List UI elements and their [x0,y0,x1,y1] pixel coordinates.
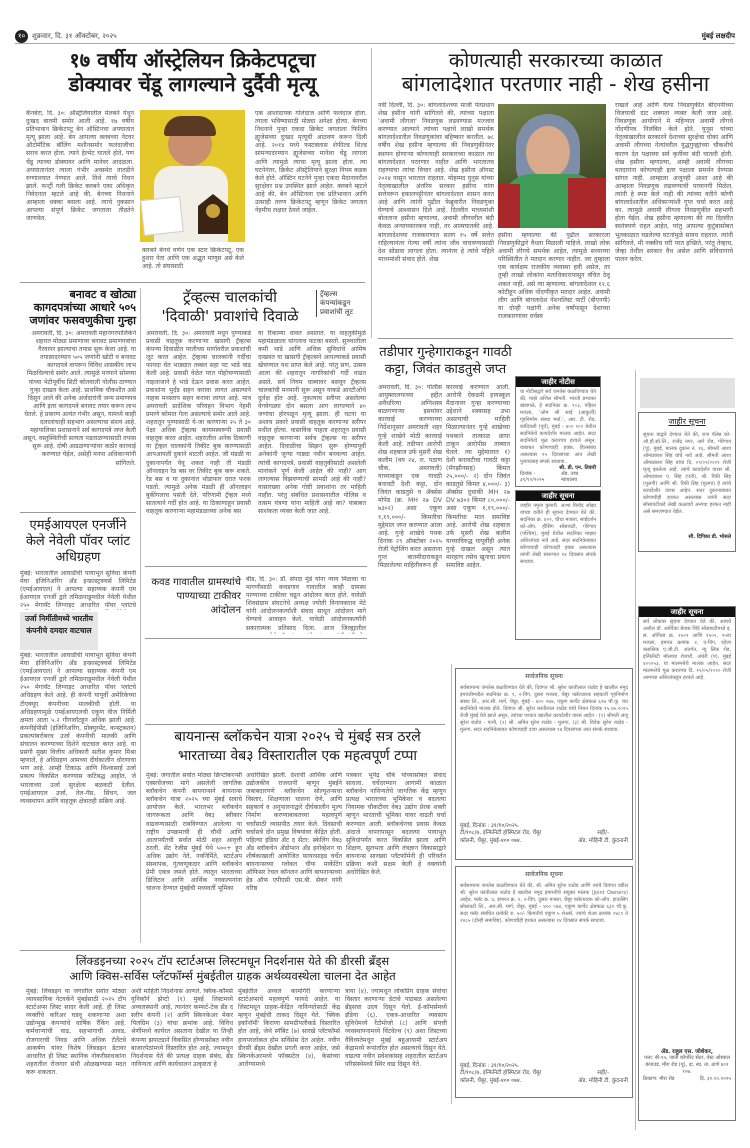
notice-place: ठिकाण: मीरा रोड [643,1076,674,1082]
hasina-col1: नवी दिल्ली, दि. ३०: बांगलादेशच्या माजी प… [378,102,494,336]
hasina-headline-line2: बांगलादेशात परतणार नाही - शेख हसीना [378,72,733,96]
hasina-col3: राखले आहे आणि येत्या निवडणुकीत बीएनपीच्य… [615,102,733,336]
kadda-col2: कारवाई करण्यात आली. आरोपी ऐकडमी हायस्कूल… [446,384,510,650]
cricket-headline-line1: १७ वर्षीय ऑस्ट्रेलियन क्रिकेटपटूचा [20,48,365,72]
meil-pullquote: उर्जा निर्मीतीमध्ये भारतीय कंपनीचे दमदार… [20,612,98,650]
notice-address: पत्ता: बी-१५, जाती कॉर्पोरेट सेंटर, वेस्… [639,1055,735,1076]
notice-body: या नोटीसद्वारे सर्व जनतेस कळविण्यात येते… [516,387,600,465]
kadda-headline: तडीपार गुन्हेगाराकडून गावठी कट्टा, जिवंत… [378,344,513,378]
notice-title: जाहीर नोटीस [516,377,600,387]
travels-side-kicker: ट्रॅव्हल्स कंपन्यांकडून प्रवाशांची लूट [316,290,368,317]
notice-signatory: ॲड. मोहिनी टी. कुंदनानी [578,1078,628,1084]
notice-title: जाहीर सूचना [516,491,600,501]
notice-body: जाहीर नमुना कुमारी. आभा विनोद ओझा यांच्य… [516,501,600,639]
notice-jahir-suchana-b: जाहीर सूचना जाहीर नमुना कुमारी. आभा विनो… [515,490,601,640]
public-notice-b: सार्वजनिक सूचना सर्वसामान्य जनतेस कळविण्… [455,866,633,1098]
cricket-headline: १७ वर्षीय ऑस्ट्रेलियन क्रिकेटपटूचा डोक्य… [20,48,365,96]
notice-title: सार्वजनिक सूचना [456,669,632,683]
notice-signatory: ॲड. राहुल एस. जोशेकर, [639,1047,735,1055]
linkedin-headline-line1: लिंक्डइनच्या २०२५ टॉप स्टार्टअप्स लिस्टम… [20,954,445,969]
paper-name: मुंबई लक्षदीप [702,32,735,41]
meil-body-bottom: मुंबई: भारतातील आघाडीची पायाभूत सुविधा क… [20,652,136,937]
linkedin-col2: अशी माहिती निदर्शनास आणते. क्विक-कॉमर्स … [131,988,233,1128]
section-divider [20,282,365,283]
fraud-headline: बनावट व खोट्या कागदपत्रांच्या आधारे ५०५ … [20,288,136,327]
travels-col2: या रिकाम्या धावत असतात. या वाहतुकीमुळे म… [258,330,366,552]
notice-sign-block: सही/-ॲड. मोहिनी टी. कुंदनानी [578,829,628,845]
binance-headline-line2: भारताच्या वेब३ विस्तारातील एक महत्वपूर्ण… [145,747,450,766]
fraud-body: अमरावती, दि. ३०: अमरावती महानगरपालिकेने … [20,330,136,510]
linkedin-headline: लिंक्डइनच्या २०२५ टॉप स्टार्टअप्स लिस्टम… [20,954,445,984]
linkedin-col1: मुंबई: लिंक्डइन या जगातील सर्वात मोठ्या … [26,988,126,1128]
travels-headline: ट्रॅव्हल्स चालकांची 'दिवाळी' प्रवाशांचे … [145,288,315,326]
linkedin-col4: त्राया (४), ज्यामधून लोकप्रिय ग्राहक सेव… [345,988,447,1128]
hasina-photo [498,104,606,228]
column-divider [451,664,452,1104]
cricket-headline-line2: डोक्यावर चेंडू लागल्याने दुर्दैवी मृत्यू [20,72,365,96]
binance-col2: अधोरेखित झाली. देशाची आर्थिक आणि उद्योजक… [246,772,342,940]
kadda-headline-line1: तडीपार गुन्हेगाराकडून गावठी [378,344,513,361]
section-divider [145,566,367,567]
hasina-col2: हसीना म्हणाल्या की पुढील सरकारला निवडणुक… [498,232,610,336]
section-divider [145,724,445,725]
travels-headline-line2: 'दिवाळी' प्रवाशांचे दिवाळे [145,307,315,326]
notice-jahir-suchana-d: जाहीर सूचना सर्व लोकांस सूचना देण्यात ये… [638,606,736,1121]
ad-placeholder [640,378,735,408]
notice-place-date: मुंबई, दिनांक : ३१/१०/२०२५. [456,1061,632,1069]
notice-footer: दिनांक - ३१/१०/२०२५ ॲड. उच्च न्यायालय [516,471,600,483]
kadda-col1: अमरावती, दि. ३०: पोलीस आयुक्तालयाच्या हद… [378,384,442,650]
notice-place-date: मुंबई, दिनांक : ३१/१०/२०२५. [456,821,632,829]
meil-body-top: मुंबई: भारतातील आघाडीची पायाभूत सुविधा क… [20,570,136,610]
notice-date: दि. ३१.१०.२०२५ [700,1076,731,1082]
notice-role: ॲड. उच्च न्यायालय [561,471,596,483]
section-divider [20,950,445,951]
page-number-badge: १० [15,30,28,43]
notice-sign: सही/- [597,1070,609,1076]
binance-col3: पत्रकार भूपेंद्र चौबे यांच्यासोबत संवाद … [346,772,446,940]
notice-jahir-notice: जाहीर नोटीस या नोटीसद्वारे सर्व जनतेस कळ… [515,376,601,487]
date-line: शुक्रवार, दि. ३१ ऑक्टोबर, २०२५ [32,32,117,41]
cricket-col1: कॅनबेरा, दि. ३०: ऑस्ट्रेलियातील मेलबर्न … [26,110,134,274]
notice-footer: टी/१०८/७, इन्फिनिटी हॉस्पिटल रोड, चेंबूर… [456,1069,632,1085]
notice-address: टी/१०८/७, इन्फिनिटी हॉस्पिटल रोड, चेंबूर… [460,829,555,845]
notice-title: जाहीर सूचना [639,607,735,617]
kadda-headline-line2: कट्टा, जिवंत काडतुसे जप्त [378,361,513,378]
notice-sign: सही/- [597,830,609,836]
notice-signatory: ॲड. मोहिनी टी. कुंदनानी [578,838,628,844]
notice-title: सार्वजनिक सूचना [456,867,632,881]
kavad-body: बीड, दि. ३०: डॉ. संपदा मुंडे यांना न्याय… [246,576,366,634]
notice-footer: ठिकाण: मीरा रोड दि. ३१.१०.२०२५ [639,1076,735,1082]
linkedin-col3: मुंबईतील अव्वल कामगिरी करणाऱ्या स्टार्टअ… [238,988,340,1128]
travels-col1: अमरावती, दि. ३०: अमरावती मधून पुण्याकडे … [146,330,251,552]
notice-title: जाहीर सूचना [639,413,735,430]
notice-date: दिनांक - ३१/१०/२०२५ [520,471,561,483]
column-divider [371,48,372,338]
masthead: १० शुक्रवार, दि. ३१ ऑक्टोबर, २०२५ मुंबई … [15,30,735,44]
notice-jahir-suchana-c: जाहीर सूचना सूचना याद्वारे देण्यात येते … [638,412,736,552]
column-divider [140,288,141,943]
notice-body: सर्व लोकांस सूचना देण्यात येते की, आमचे … [639,617,735,1047]
section-divider [378,338,733,339]
notice-body: सर्वसामान्य जनतेस कळविण्यात येते की, दिव… [456,683,632,821]
section-divider [20,512,136,513]
notice-address: टी/१०८/७, इन्फिनिटी हॉस्पिटल रोड, चेंबूर… [460,1069,555,1085]
cricket-player-photo [140,110,245,242]
binance-headline-line1: बायनान्स ब्लॉकचेन यात्रा २०२५ चे मुंबई स… [145,728,450,747]
kavad-headline: कवड गावातील ग्रामस्थांचे पाण्याच्या टाकी… [146,576,241,618]
notice-sign-block: सही/-ॲड. मोहिनी टी. कुंदनानी [578,1069,628,1085]
section-divider [145,638,367,639]
hasina-headline: कोणत्याही सरकारच्या काळात बांगलादेशात पर… [378,48,733,96]
linkedin-headline-line2: आणि क्विस-सर्विस प्लॅटफॉर्म्स मुंबईतील ग… [20,969,445,984]
hasina-headline-line1: कोणत्याही सरकारच्या काळात [378,48,733,72]
travels-headline-line1: ट्रॅव्हल्स चालकांची [145,288,315,307]
cricket-photo-caption: क्लबने बेनचे वर्णन एक स्टार क्रिकेटपटू, … [142,247,244,273]
column-divider [635,370,636,1130]
notice-body: सर्वसामान्य जनतेस कळविण्यात येते की, श्र… [456,881,632,1061]
meil-headline: एमईआयएल एनर्जीने केले नेवेली पॉवर प्लांट… [20,518,136,566]
notice-footer: टी/१०८/७, इन्फिनिटी हॉस्पिटल रोड, चेंबूर… [456,829,632,845]
binance-headline: बायनान्स ब्लॉकचेन यात्रा २०२५ चे मुंबई स… [145,728,450,766]
notice-signatory: सौ. दिपिका डी. भोसले [639,534,735,540]
cricket-col3: एक आशादायक गोलंदाज आणि फलंदाज होता. त्या… [255,110,367,274]
binance-col1: मुंबई: जगातील सर्वात मोठ्या क्रिप्टोकरन्… [146,772,242,940]
notice-body: सूचना याद्वारे देण्यात येते की, राज पॅले… [639,430,735,534]
public-notice-a: सार्वजनिक सूचना सर्वसामान्य जनतेस कळविण्… [455,668,633,860]
